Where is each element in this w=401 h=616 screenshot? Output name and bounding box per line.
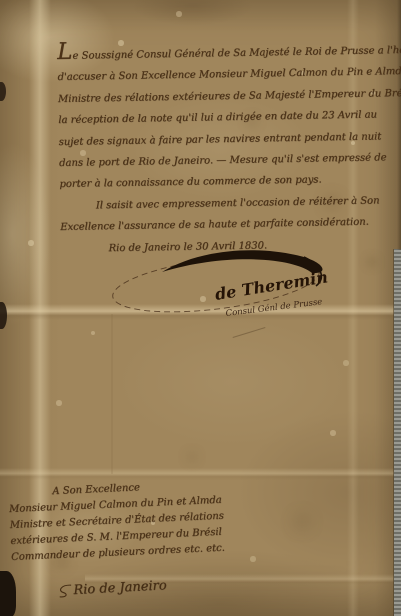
signature-block: de Theremin Consul Génl de Prusse	[98, 244, 356, 322]
scratch-mark	[233, 327, 266, 338]
docket-flourish	[55, 582, 74, 599]
ink-blot-left-bottom	[0, 571, 16, 616]
manuscript-page: Le Soussigné Consul Général de Sa Majest…	[0, 0, 401, 616]
paraph-bold-swash	[162, 250, 322, 273]
ink-blot-left-top	[0, 82, 6, 101]
signature-flourish: de Theremin Consul Génl de Prusse	[98, 244, 356, 322]
binding-fabric-edge	[394, 249, 401, 616]
docket-text: Rio de Janeiro	[73, 578, 167, 598]
faint-fold-line	[111, 314, 113, 474]
docket: Rio de Janeiro	[55, 577, 167, 599]
letter-body: Le Soussigné Consul Général de Sa Majest…	[57, 40, 401, 260]
address-block: A Son Excellence Monsieur Miguel Calmon …	[8, 477, 226, 566]
paper-stains	[0, 0, 4, 4]
